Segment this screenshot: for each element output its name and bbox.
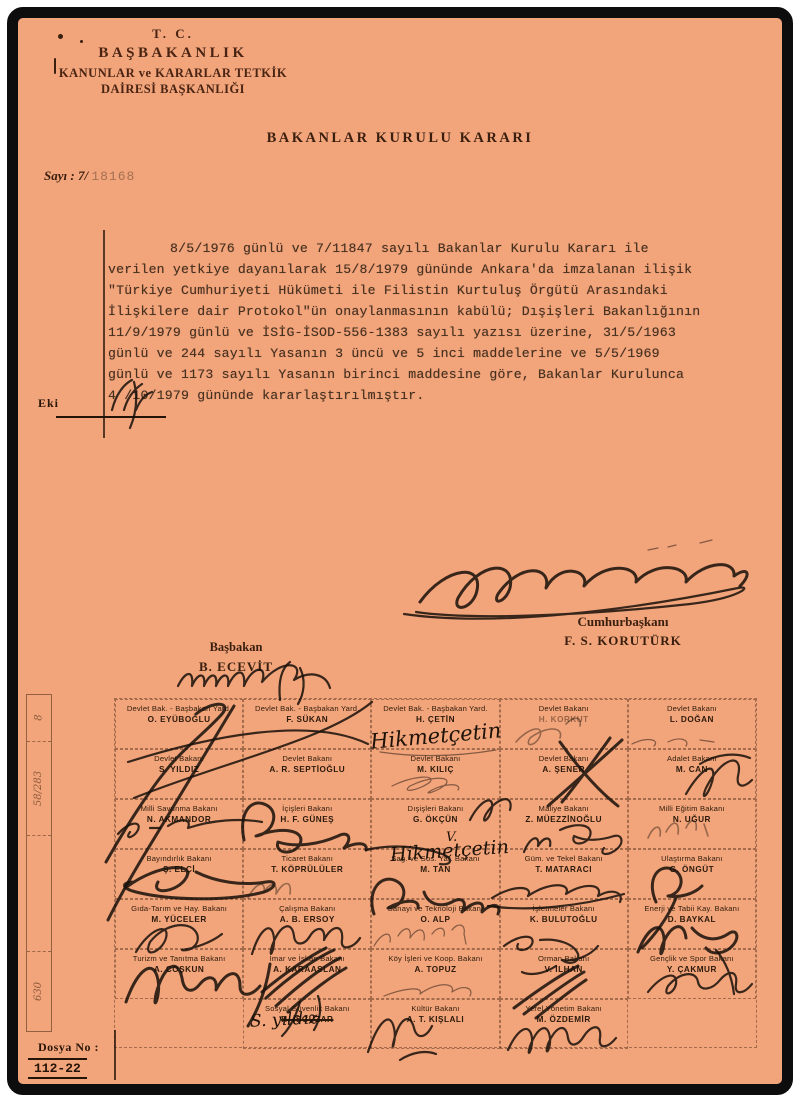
minister-cell: Orman BakanıV. İLHAN	[500, 949, 628, 999]
minister-name: L. DOĞAN	[629, 715, 755, 724]
minister-name: G. ÖKÇÜN	[372, 815, 498, 824]
minister-title: Devlet Bakanı	[244, 754, 370, 763]
minister-name: M. TAN	[372, 865, 498, 874]
minister-name: M. KILIÇ	[372, 765, 498, 774]
minister-cell: Devlet BakanıS. YILDIZ	[115, 749, 243, 799]
minister-cell: Adalet BakanıM. CAN	[628, 749, 756, 799]
attachment-label: Eki	[38, 396, 59, 411]
decree-body-line: "Türkiye Cumhuriyeti Hükümeti ile Filist…	[108, 280, 768, 301]
minister-cell: Devlet BakanıA. R. SEPTİOĞLU	[243, 749, 371, 799]
minister-title: Yerel Yönetim Bakanı	[501, 1004, 627, 1013]
minister-name: M. ÖZDEMİR	[501, 1015, 627, 1024]
minister-cell: Devlet BakanıL. DOĞAN	[628, 699, 756, 749]
minister-name: Y. ÇAKMUR	[629, 965, 755, 974]
paragraph-margin-rule	[103, 230, 105, 438]
stamp-segment: 630	[27, 952, 51, 1031]
letterhead-basbakanlik: BAŞBAKANLIK	[48, 45, 298, 62]
filing-stamp-strip: 858/283630	[26, 694, 52, 1032]
minister-name: N. AKMANDOR	[116, 815, 242, 824]
decree-body-line: 8/5/1976 günlü ve 7/11847 sayılı Bakanla…	[108, 238, 768, 259]
minister-cell-empty	[115, 999, 243, 1049]
minister-name: H. F. GÜNEŞ	[244, 815, 370, 824]
decree-body-line: günlü ve 244 sayılı Yasanın 3 üncü ve 5 …	[108, 343, 768, 364]
minister-name: F. SÜKAN	[244, 715, 370, 724]
minister-cell: Devlet BakanıM. KILIÇ	[371, 749, 499, 799]
letterhead: T. C. BAŞBAKANLIK KANUNLAR ve KARARLAR T…	[48, 26, 298, 97]
stamp-segment: 58/283	[27, 742, 51, 836]
minister-title: Sanayi ve Teknoloji Bakanı	[372, 904, 498, 913]
minister-name: A. ŞENER	[501, 765, 627, 774]
ministers-grid: Devlet Bak. - Başbakan Yard.O. EYÜBOĞLUD…	[114, 698, 757, 1048]
dosya-divider	[114, 1030, 116, 1080]
minister-title: Devlet Bakanı	[372, 754, 498, 763]
file-number-value: 112-22	[28, 1058, 87, 1079]
minister-cell: Maliye BakanıZ. MÜEZZİNOĞLU	[500, 799, 628, 849]
scanned-document: { "colors": {"paper":"#f2a47b","frame":"…	[0, 0, 800, 1102]
minister-name: M. YÜCELER	[116, 915, 242, 924]
minister-title: Kültür Bakanı	[372, 1004, 498, 1013]
minister-title: Devlet Bak. - Başbakan Yard.	[244, 704, 370, 713]
minister-title: Turizm ve Tanıtma Bakanı	[116, 954, 242, 963]
minister-name: A. COŞKUN	[116, 965, 242, 974]
stamp-segment-text: 8	[34, 715, 45, 721]
decree-body-line: İlişkilere dair Protokol"ün onaylanmasın…	[108, 301, 768, 322]
minister-title: Ulaştırma Bakanı	[629, 854, 755, 863]
minister-title: Devlet Bakanı	[501, 754, 627, 763]
minister-cell: Ulaştırma BakanıG. ÖNGÜT	[628, 849, 756, 899]
minister-name: Z. MÜEZZİNOĞLU	[501, 815, 627, 824]
minister-title: Ticaret Bakanı	[244, 854, 370, 863]
minister-title: Devlet Bak. - Başbakan Yard.	[372, 704, 498, 713]
minister-cell: Devlet BakanıA. ŞENER	[500, 749, 628, 799]
minister-cell: Çalışma BakanıA. B. ERSOY	[243, 899, 371, 949]
document-title: BAKANLAR KURULU KARARI	[18, 130, 782, 147]
minister-name: A. B. ERSOY	[244, 915, 370, 924]
minister-cell: İşletmeler BakanıK. BULUTOĞLU	[500, 899, 628, 949]
letterhead-dept-line1: KANUNLAR ve KARARLAR TETKİK	[48, 66, 298, 81]
minister-name: D. BAYKAL	[629, 915, 755, 924]
minister-name: T. KÖPRÜLÜLER	[244, 865, 370, 874]
minister-name: V. İLHAN	[501, 965, 627, 974]
minister-title: Devlet Bakanı	[629, 704, 755, 713]
minister-name: A. TOPUZ	[372, 965, 498, 974]
minister-name: N. UĞUR	[629, 815, 755, 824]
minister-cell: Turizm ve Tanıtma BakanıA. COŞKUN	[115, 949, 243, 999]
decree-body-line: verilen yetkiye dayanılarak 15/8/1979 gü…	[108, 259, 768, 280]
stamp-segment: 8	[27, 695, 51, 742]
minister-title: Devlet Bakanı	[501, 704, 627, 713]
minister-cell: İmar ve İskân BakanıA. KARAASLAN	[243, 949, 371, 999]
minister-name: A. R. SEPTİOĞLU	[244, 765, 370, 774]
minister-cell: Devlet Bak. - Başbakan Yard.O. EYÜBOĞLU	[115, 699, 243, 749]
president-title: Cumhurbaşkanı	[518, 614, 728, 630]
minister-name: Ş. ELÇİ	[116, 865, 242, 874]
minister-title: İçişleri Bakanı	[244, 804, 370, 813]
minister-title: Milli Savunma Bakanı	[116, 804, 242, 813]
decree-body-line: günlü ve 1173 sayılı Yasanın birinci mad…	[108, 364, 768, 385]
minister-name: H. KORKUT	[501, 715, 627, 724]
minister-name: K. BULUTOĞLU	[501, 915, 627, 924]
stamp-segment	[27, 836, 51, 952]
minister-cell: Gençlik ve Spor BakanıY. ÇAKMUR	[628, 949, 756, 999]
minister-title: Çalışma Bakanı	[244, 904, 370, 913]
minister-name: M. CAN	[629, 765, 755, 774]
minister-name: O. ALP	[372, 915, 498, 924]
minister-cell: Sanayi ve Teknoloji BakanıO. ALP	[371, 899, 499, 949]
minister-name: A. KARAASLAN	[244, 965, 370, 974]
decree-body-line: 4 /10/1979 gününde kararlaştırılmıştır.	[108, 385, 768, 406]
minister-cell: Milli Savunma BakanıN. AKMANDOR	[115, 799, 243, 849]
minister-title: Enerji ve Tabii Kay. Bakanı	[629, 904, 755, 913]
minister-title: Köy İşleri ve Koop. Bakanı	[372, 954, 498, 963]
minister-cell: Bayındırlık BakanıŞ. ELÇİ	[115, 849, 243, 899]
minister-title: Bayındırlık Bakanı	[116, 854, 242, 863]
decree-body: 8/5/1976 günlü ve 7/11847 sayılı Bakanla…	[108, 238, 768, 406]
minister-title: Adalet Bakanı	[629, 754, 755, 763]
minister-title: Güm. ve Tekel Bakanı	[501, 854, 627, 863]
minister-name: S. YILDIZ	[116, 765, 242, 774]
minister-title: Orman Bakanı	[501, 954, 627, 963]
minister-title: Devlet Bak. - Başbakan Yard.	[116, 704, 242, 713]
vekil-mark: V.	[446, 830, 457, 845]
minister-cell: Milli Eğitim BakanıN. UĞUR	[628, 799, 756, 849]
minister-cell-empty	[628, 999, 756, 1049]
minister-name: G. ÖNGÜT	[629, 865, 755, 874]
minister-cell: Kültür BakanıA. T. KIŞLALI	[371, 999, 499, 1049]
stamp-segment-text: 630	[34, 982, 45, 1001]
minister-cell: İçişleri BakanıH. F. GÜNEŞ	[243, 799, 371, 849]
stamp-segment-text: 58/283	[34, 771, 45, 806]
minister-cell: Güm. ve Tekel BakanıT. MATARACI	[500, 849, 628, 899]
minister-title: İşletmeler Bakanı	[501, 904, 627, 913]
minister-name: T. MATARACI	[501, 865, 627, 874]
minister-title: Milli Eğitim Bakanı	[629, 804, 755, 813]
minister-title: Maliye Bakanı	[501, 804, 627, 813]
minister-cell: Ticaret BakanıT. KÖPRÜLÜLER	[243, 849, 371, 899]
minister-title: Dışişleri Bakanı	[372, 804, 498, 813]
minister-cell: Enerji ve Tabii Kay. BakanıD. BAYKAL	[628, 899, 756, 949]
minister-title: Gıda-Tarım ve Hay. Bakanı	[116, 904, 242, 913]
minister-cell: Devlet BakanıH. KORKUT	[500, 699, 628, 749]
document-paper: T. C. BAŞBAKANLIK KANUNLAR ve KARARLAR T…	[18, 18, 782, 1084]
minister-title: İmar ve İskân Bakanı	[244, 954, 370, 963]
minister-title: Devlet Bakanı	[116, 754, 242, 763]
minister-cell: Gıda-Tarım ve Hay. BakanıM. YÜCELER	[115, 899, 243, 949]
letterhead-dept-line2: DAİRESİ BAŞKANLIĞI	[48, 82, 298, 97]
decree-body-line: 11/9/1979 günlü ve İSİG-İSOD-556-1383 sa…	[108, 322, 768, 343]
minister-cell: Yerel Yönetim BakanıM. ÖZDEMİR	[500, 999, 628, 1049]
minister-name: A. T. KIŞLALI	[372, 1015, 498, 1024]
minister-cell: Köy İşleri ve Koop. BakanıA. TOPUZ	[371, 949, 499, 999]
yildiz-handwritten-signature: S. yıldız	[250, 1008, 319, 1032]
letterhead-tc: T. C.	[48, 26, 298, 42]
minister-cell: Devlet Bak. - Başbakan Yard.F. SÜKAN	[243, 699, 371, 749]
minister-name: O. EYÜBOĞLU	[116, 715, 242, 724]
prime-minister-name: B. ECEVİT	[166, 659, 306, 675]
prime-minister-block: Başbakan B. ECEVİT	[166, 640, 306, 675]
decree-number-label: Sayı : 7/	[44, 168, 88, 183]
prime-minister-title: Başbakan	[166, 640, 306, 655]
attachment-underline	[56, 416, 166, 418]
president-name: F. S. KORUTÜRK	[518, 633, 728, 649]
minister-title: Gençlik ve Spor Bakanı	[629, 954, 755, 963]
president-block: Cumhurbaşkanı F. S. KORUTÜRK	[518, 614, 728, 649]
file-number-label: Dosya No :	[38, 1040, 99, 1055]
decree-number-value: 18168	[91, 169, 135, 184]
decree-number: Sayı : 7/ 18168	[44, 168, 135, 184]
